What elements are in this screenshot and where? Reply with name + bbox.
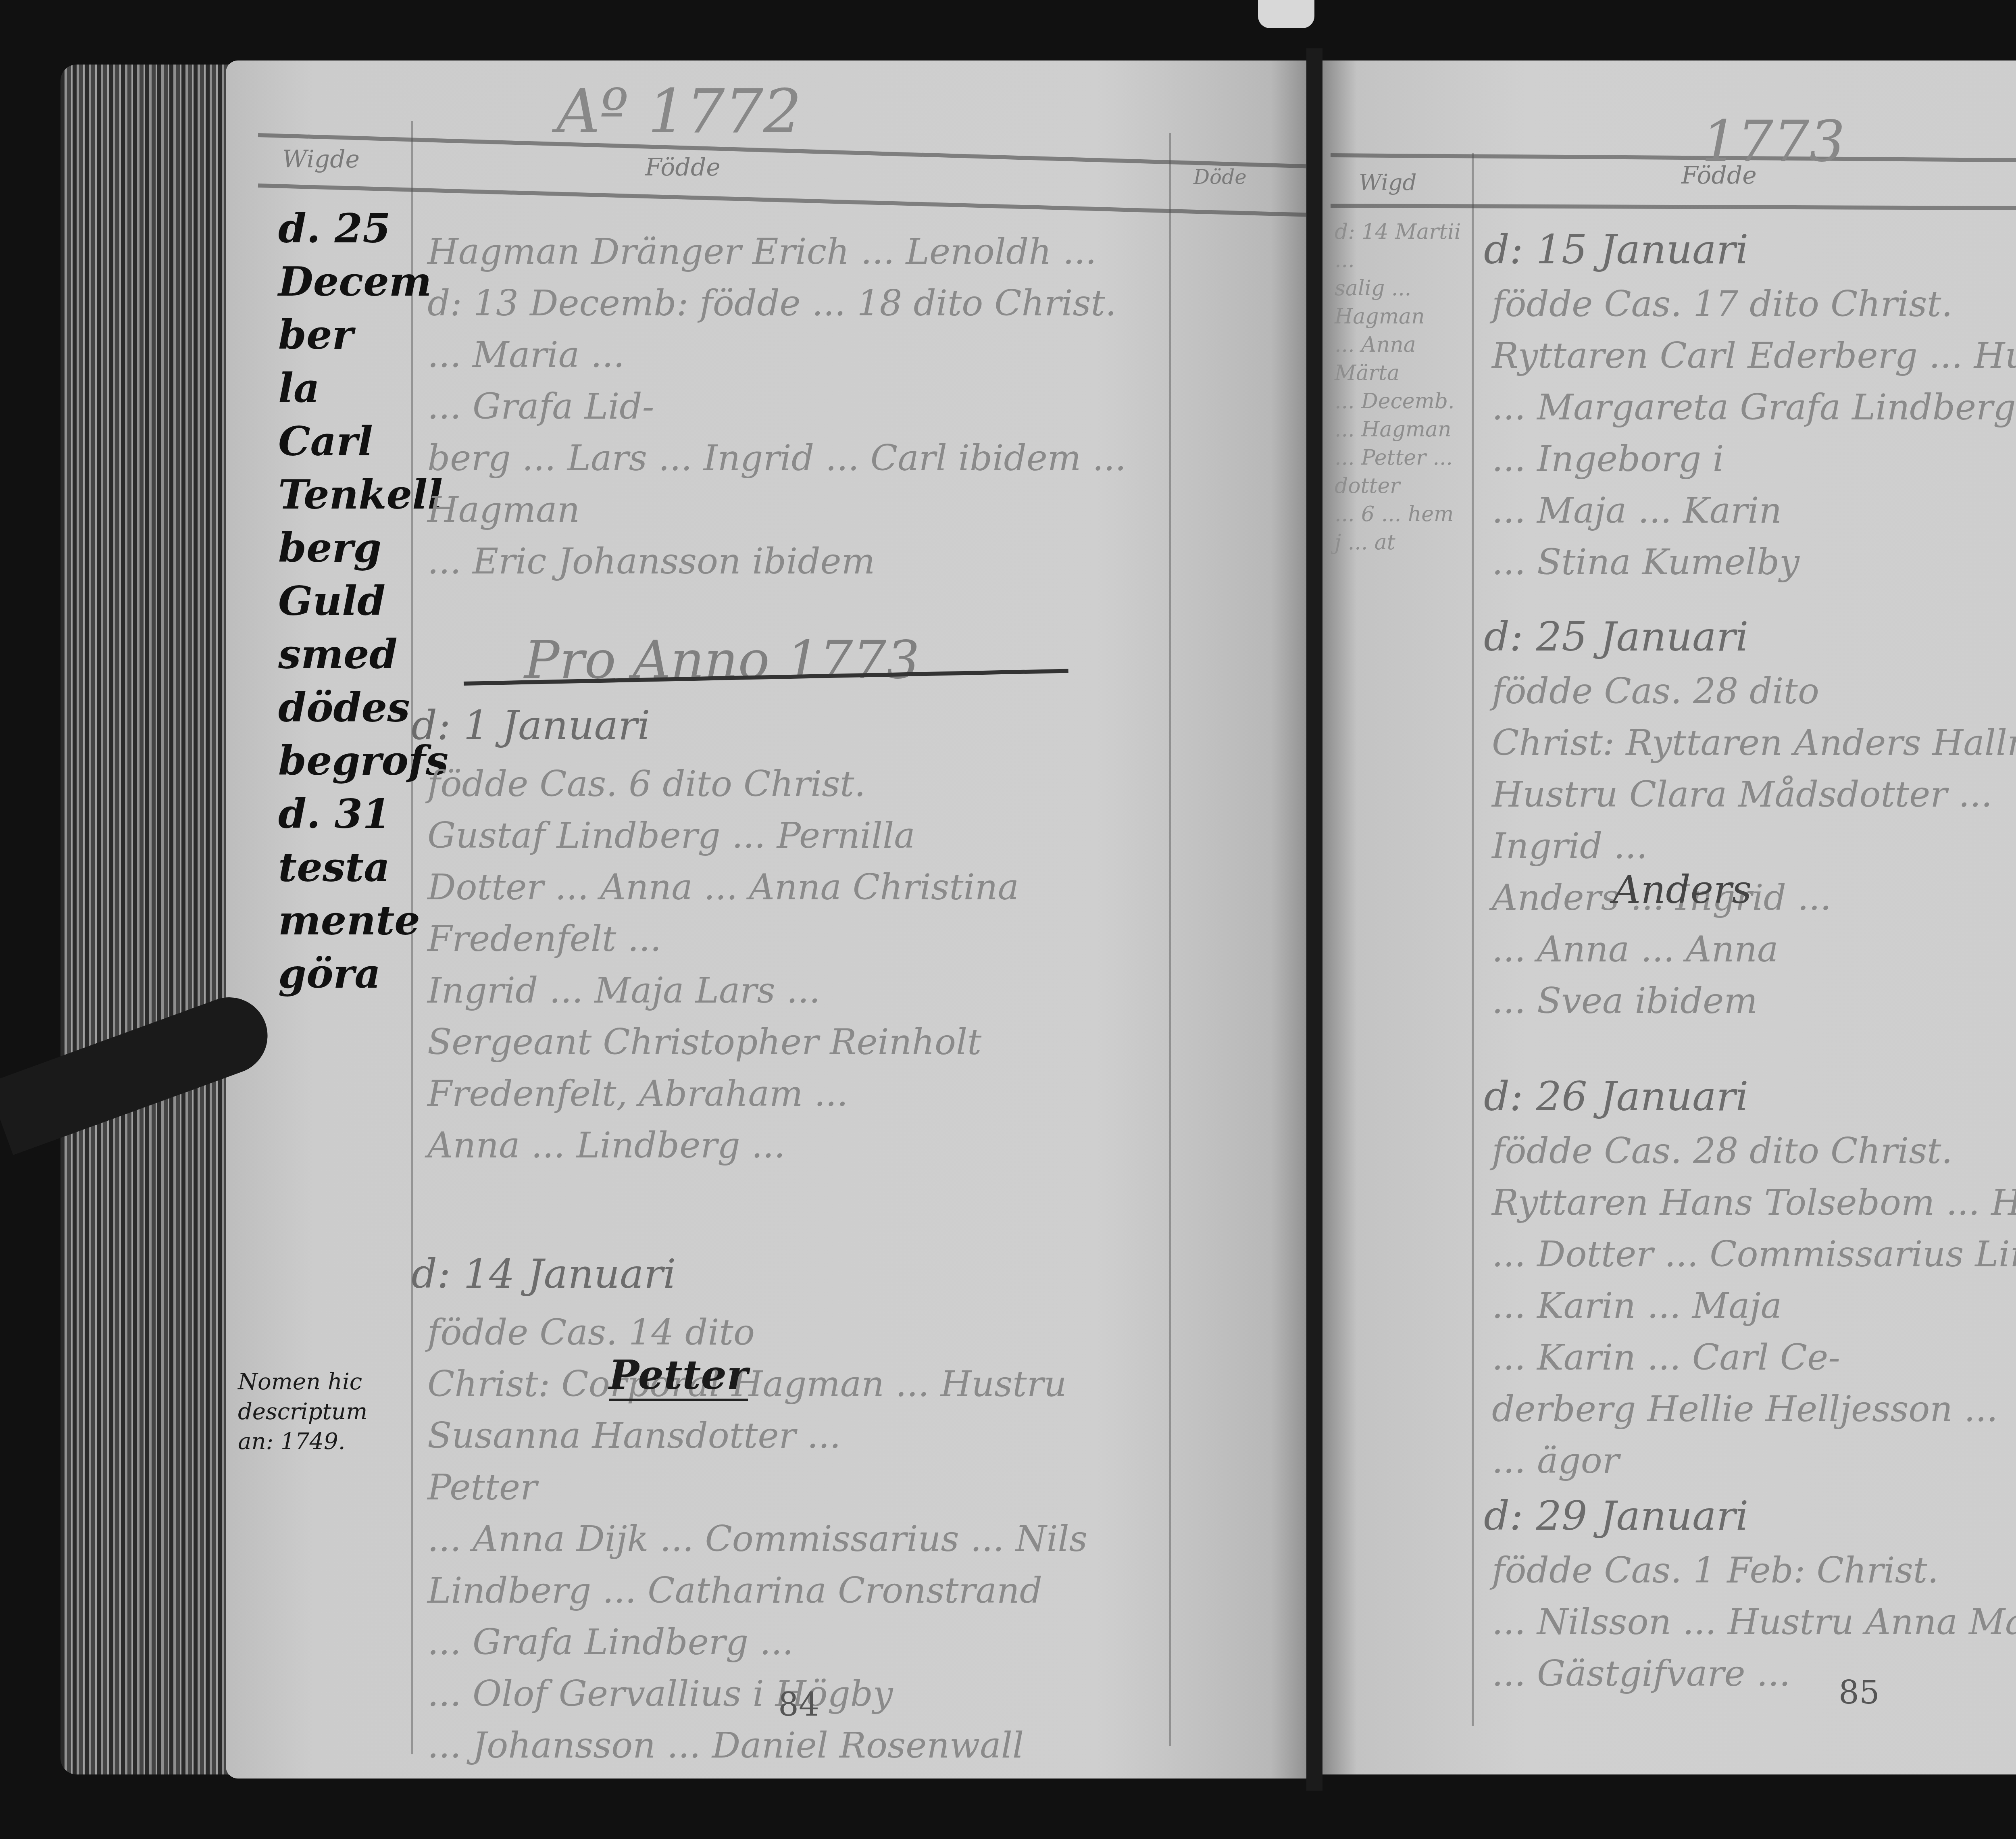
highlighted-name-anders: Anders (1613, 867, 1752, 912)
entry-r3: födde Cas. 28 dito Christ. Ryttaren Hans… (1492, 1125, 2016, 1487)
margin-note-death: d. 25 Decem ber la Carl Tenkell berg Gul… (278, 202, 407, 1000)
right-margin-notes-left: d: 14 Martii ... salig ... Hagman ... An… (1335, 218, 1468, 557)
book-gutter (1306, 48, 1322, 1791)
page-number-left: 84 (778, 1686, 819, 1723)
column-header-wigd: Wigd (1359, 169, 1417, 195)
entry-r2: födde Cas. 28 dito Christ: Ryttaren Ande… (1492, 665, 2016, 1027)
entry-r1: födde Cas. 17 dito Christ. Ryttaren Carl… (1492, 278, 2016, 588)
entry-2: födde Cas. 6 dito Christ. Gustaf Lindber… (427, 758, 1161, 1171)
page-number-right: 85 (1839, 1674, 1880, 1711)
entry-date: d: 14 Januari (411, 1250, 676, 1297)
column-rule (1169, 133, 1171, 1746)
entry-date: d: 1 Januari (411, 702, 650, 749)
entry-date: d: 29 Januari (1484, 1492, 1748, 1539)
entry-r4: födde Cas. 1 Feb: Christ. ... Nilsson ..… (1492, 1545, 2016, 1699)
entry-date: d: 25 Januari (1484, 613, 1748, 660)
entry-date: d: 15 Januari (1484, 226, 1748, 273)
margin-note-nomen: Nomen hic descriptum an: 1749. (238, 1367, 391, 1457)
binding-tab (1258, 0, 1314, 28)
highlighted-name-petter: Petter (609, 1351, 748, 1401)
column-header-dode: Döde (1193, 165, 1247, 189)
year-header-left: Aº 1772 (556, 77, 802, 147)
column-header-fodde: Födde (645, 153, 721, 181)
column-header-wigde: Wigde (282, 145, 360, 173)
entry-date: d: 26 Januari (1484, 1073, 1748, 1120)
entry-1: Hagman Dränger Erich ... Lenoldh ... d: … (427, 226, 1161, 587)
column-header-fodde: Födde (1681, 161, 1757, 190)
column-rule (1472, 153, 1474, 1726)
